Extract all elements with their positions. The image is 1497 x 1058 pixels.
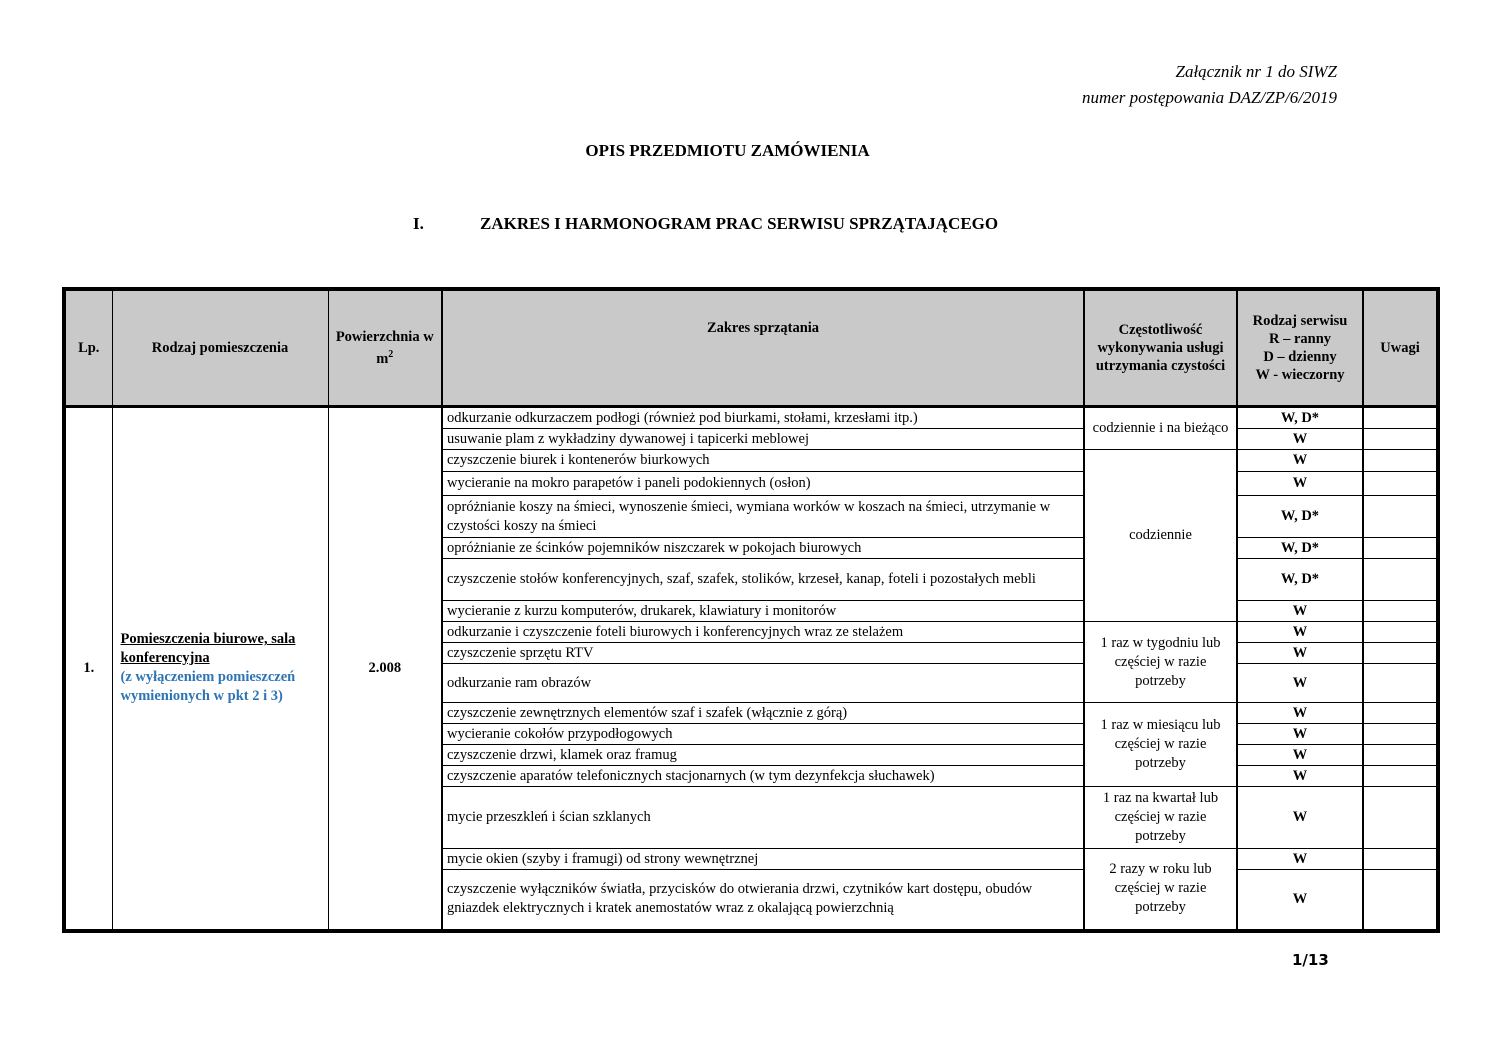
notes-cell bbox=[1363, 538, 1438, 559]
task-description: odkurzanie odkurzaczem podłogi (również … bbox=[442, 407, 1084, 429]
service-type: W bbox=[1237, 450, 1363, 472]
service-type: W bbox=[1237, 622, 1363, 643]
notes-cell bbox=[1363, 703, 1438, 724]
frequency-cell: 2 razy w roku lub częściej w razie potrz… bbox=[1084, 849, 1237, 931]
notes-cell bbox=[1363, 849, 1438, 870]
service-type: W bbox=[1237, 643, 1363, 664]
task-description: czyszczenie zewnętrznych elementów szaf … bbox=[442, 703, 1084, 724]
col-header-service: Rodzaj serwisu R – ranny D – dzienny W -… bbox=[1237, 289, 1363, 407]
room-type-note: (z wyłączeniem pomieszczeń wymienionych … bbox=[121, 669, 296, 704]
service-type: W, D* bbox=[1237, 496, 1363, 538]
attachment-label: Załącznik nr 1 do SIWZ bbox=[1176, 62, 1338, 82]
service-type: W, D* bbox=[1237, 407, 1363, 429]
task-description: wycieranie cokołów przypodłogowych bbox=[442, 724, 1084, 745]
service-type: W bbox=[1237, 703, 1363, 724]
col-header-scope: Zakres sprzątania bbox=[442, 289, 1084, 407]
notes-cell bbox=[1363, 724, 1438, 745]
table-row: 1.Pomieszczenia biurowe, sala konferency… bbox=[64, 407, 1438, 429]
service-type: W bbox=[1237, 429, 1363, 450]
frequency-cell: 1 raz na kwartał lub częściej w razie po… bbox=[1084, 787, 1237, 849]
task-description: odkurzanie i czyszczenie foteli biurowyc… bbox=[442, 622, 1084, 643]
notes-cell bbox=[1363, 472, 1438, 496]
notes-cell bbox=[1363, 559, 1438, 601]
room-type-main: Pomieszczenia biurowe, sala konferencyjn… bbox=[121, 631, 296, 666]
service-type: W bbox=[1237, 745, 1363, 766]
notes-cell bbox=[1363, 496, 1438, 538]
notes-cell bbox=[1363, 601, 1438, 622]
frequency-cell: codziennie bbox=[1084, 450, 1237, 622]
notes-cell bbox=[1363, 643, 1438, 664]
task-description: czyszczenie stołów konferencyjnych, szaf… bbox=[442, 559, 1084, 601]
frequency-cell: 1 raz w miesiącu lub częściej w razie po… bbox=[1084, 703, 1237, 787]
frequency-cell: codziennie i na bieżąco bbox=[1084, 407, 1237, 450]
col-header-notes: Uwagi bbox=[1363, 289, 1438, 407]
task-description: odkurzanie ram obrazów bbox=[442, 664, 1084, 703]
document-title: OPIS PRZEDMIOTU ZAMÓWIENIA bbox=[0, 141, 1455, 161]
notes-cell bbox=[1363, 429, 1438, 450]
notes-cell bbox=[1363, 664, 1438, 703]
section-title: ZAKRES I HARMONOGRAM PRAC SERWISU SPRZĄT… bbox=[480, 214, 998, 234]
notes-cell bbox=[1363, 622, 1438, 643]
cleaning-scope-table: Lp. Rodzaj pomieszczenia Powierzchnia w … bbox=[62, 287, 1440, 933]
col-header-frequency: Częstotliwość wykonywania usługi utrzyma… bbox=[1084, 289, 1237, 407]
notes-cell bbox=[1363, 870, 1438, 931]
col-header-area: Powierzchnia w m2 bbox=[328, 289, 442, 407]
notes-cell bbox=[1363, 745, 1438, 766]
notes-cell bbox=[1363, 407, 1438, 429]
task-description: opróżnianie koszy na śmieci, wynoszenie … bbox=[442, 496, 1084, 538]
service-type: W, D* bbox=[1237, 538, 1363, 559]
service-type: W bbox=[1237, 849, 1363, 870]
row-number: 1. bbox=[64, 407, 112, 931]
notes-cell bbox=[1363, 787, 1438, 849]
service-type: W bbox=[1237, 664, 1363, 703]
table-header-row: Lp. Rodzaj pomieszczenia Powierzchnia w … bbox=[64, 289, 1438, 407]
service-type: W bbox=[1237, 766, 1363, 787]
task-description: opróżnianie ze ścinków pojemników niszcz… bbox=[442, 538, 1084, 559]
service-type: W, D* bbox=[1237, 559, 1363, 601]
service-type: W bbox=[1237, 787, 1363, 849]
task-description: czyszczenie biurek i kontenerów biurkowy… bbox=[442, 450, 1084, 472]
task-description: czyszczenie aparatów telefonicznych stac… bbox=[442, 766, 1084, 787]
frequency-cell: 1 raz w tygodniu lub częściej w razie po… bbox=[1084, 622, 1237, 703]
notes-cell bbox=[1363, 450, 1438, 472]
task-description: czyszczenie drzwi, klamek oraz framug bbox=[442, 745, 1084, 766]
task-description: mycie przeszkleń i ścian szklanych bbox=[442, 787, 1084, 849]
page-number: 1/13 bbox=[1292, 951, 1329, 969]
task-description: usuwanie plam z wykładziny dywanowej i t… bbox=[442, 429, 1084, 450]
task-description: czyszczenie sprzętu RTV bbox=[442, 643, 1084, 664]
task-description: wycieranie z kurzu komputerów, drukarek,… bbox=[442, 601, 1084, 622]
room-type: Pomieszczenia biurowe, sala konferencyjn… bbox=[112, 407, 328, 931]
procedure-number: numer postępowania DAZ/ZP/6/2019 bbox=[1082, 88, 1337, 108]
area-value: 2.008 bbox=[328, 407, 442, 931]
col-header-room: Rodzaj pomieszczenia bbox=[112, 289, 328, 407]
service-type: W bbox=[1237, 870, 1363, 931]
section-number: I. bbox=[413, 214, 424, 234]
task-description: wycieranie na mokro parapetów i paneli p… bbox=[442, 472, 1084, 496]
col-header-lp: Lp. bbox=[64, 289, 112, 407]
service-type: W bbox=[1237, 472, 1363, 496]
service-type: W bbox=[1237, 601, 1363, 622]
service-type: W bbox=[1237, 724, 1363, 745]
task-description: czyszczenie wyłączników światła, przycis… bbox=[442, 870, 1084, 931]
notes-cell bbox=[1363, 766, 1438, 787]
task-description: mycie okien (szyby i framugi) od strony … bbox=[442, 849, 1084, 870]
